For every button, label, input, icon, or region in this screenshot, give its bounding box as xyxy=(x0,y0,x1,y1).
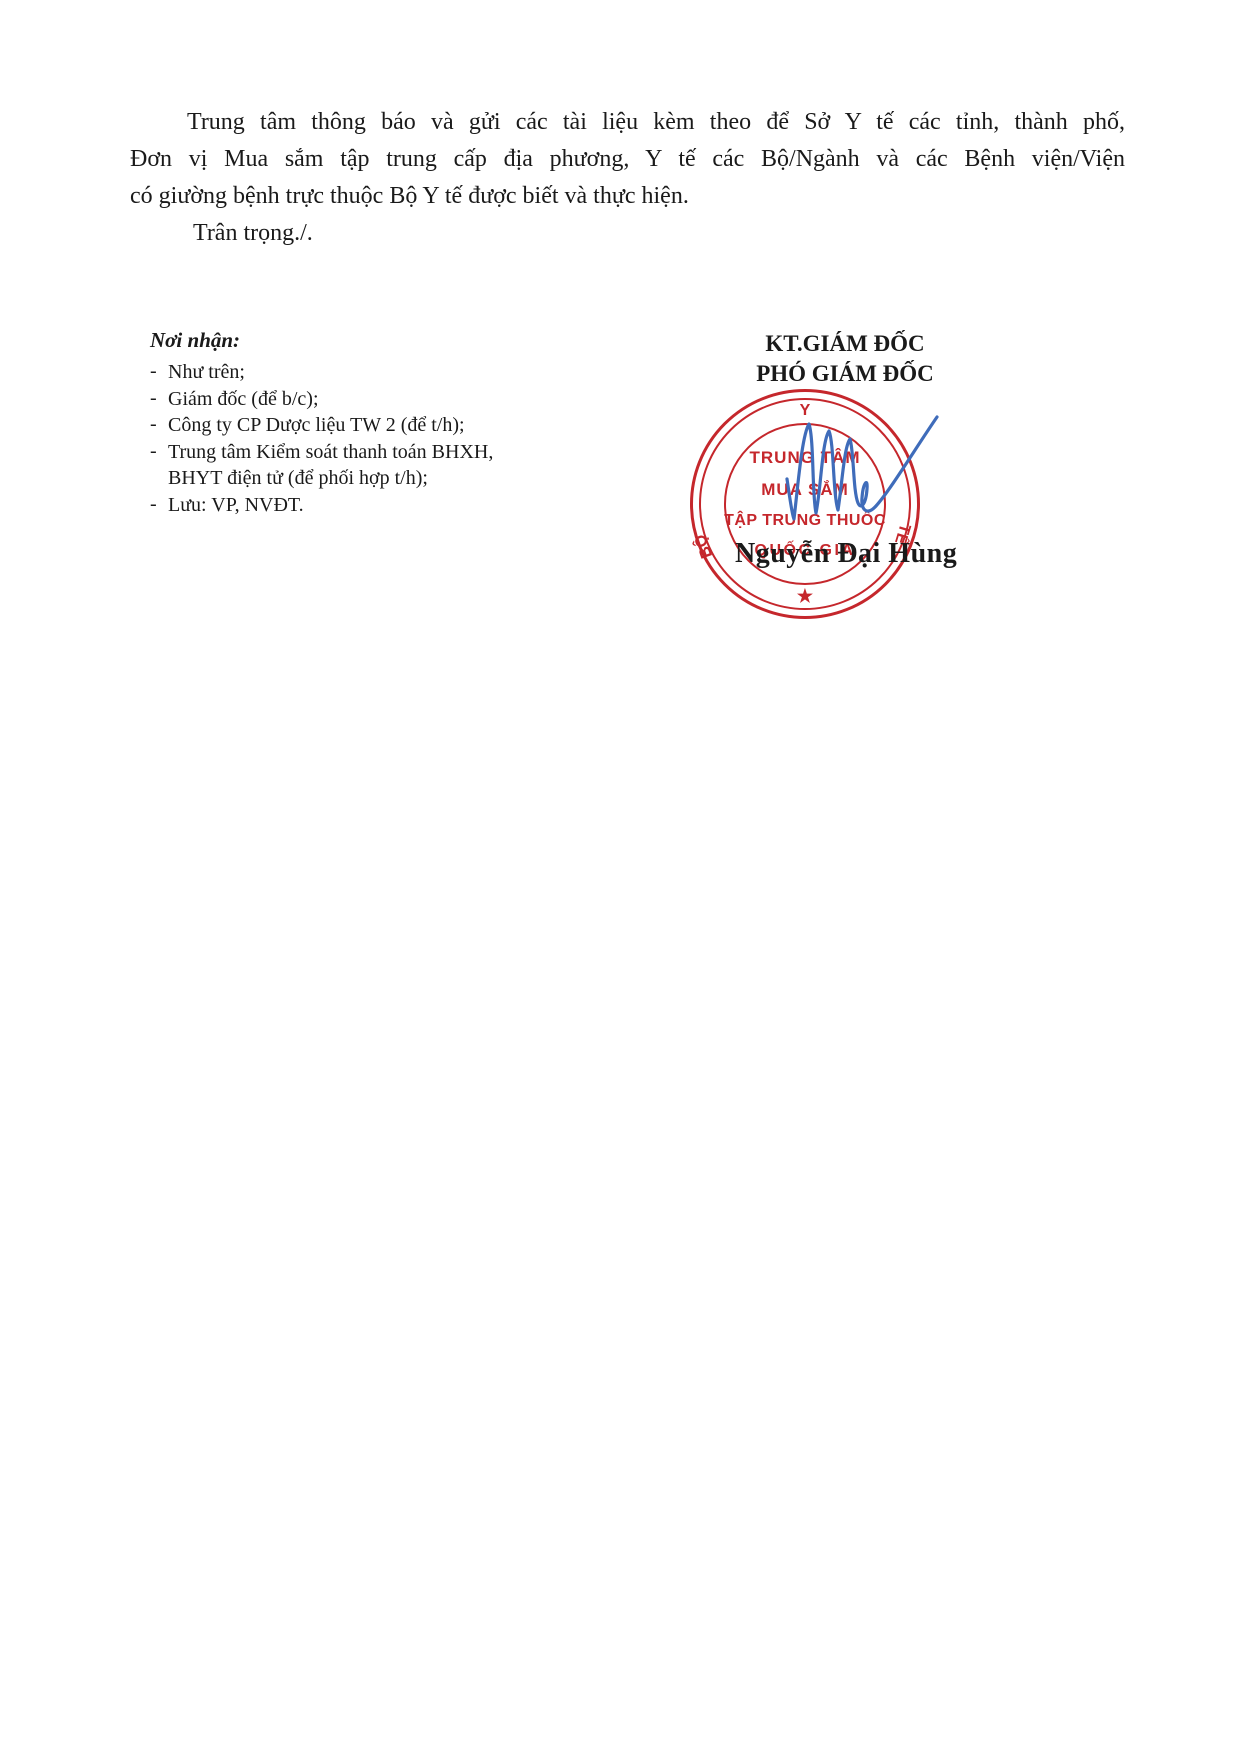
recipient-item: Trung tâm Kiểm soát thanh toán BHXH, BHY… xyxy=(148,439,518,492)
recipients-list: Như trên; Giám đốc (để b/c); Công ty CP … xyxy=(148,359,518,518)
signer-name: Nguyễn Đại Hùng xyxy=(735,538,957,570)
recipients-heading: Nơi nhận: xyxy=(150,328,528,353)
body-paragraph: Trung tâm thông báo và gửi các tài liệu … xyxy=(130,104,1125,252)
paragraph-line-1: Trung tâm thông báo và gửi các tài liệu … xyxy=(130,104,1125,141)
recipient-item: Công ty CP Dược liệu TW 2 (để t/h); xyxy=(148,412,518,439)
paragraph-line-2: Đơn vị Mua sắm tập trung cấp địa phương,… xyxy=(130,141,1125,178)
handwritten-signature xyxy=(779,407,949,532)
signature-title-block: KT.GIÁM ĐỐC PHÓ GIÁM ĐỐC xyxy=(695,329,995,388)
recipients-block: Nơi nhận: Như trên; Giám đốc (để b/c); C… xyxy=(148,328,528,518)
signer-role-line2: PHÓ GIÁM ĐỐC xyxy=(695,359,995,389)
signer-role-line1: KT.GIÁM ĐỐC xyxy=(695,329,995,359)
official-stamp: Y BỘ TẾ ★ TRUNG TÂM MUA SẮM TẬP TRUNG TH… xyxy=(690,389,920,619)
document-page: Trung tâm thông báo và gửi các tài liệu … xyxy=(0,0,1241,1754)
recipient-item: Như trên; xyxy=(148,359,518,386)
recipient-item: Lưu: VP, NVĐT. xyxy=(148,492,518,519)
recipient-item: Giám đốc (để b/c); xyxy=(148,386,518,413)
star-icon: ★ xyxy=(690,586,920,607)
closing-line: Trân trọng./. xyxy=(130,215,1125,252)
paragraph-line-3: có giường bệnh trực thuộc Bộ Y tế được b… xyxy=(130,178,1125,215)
